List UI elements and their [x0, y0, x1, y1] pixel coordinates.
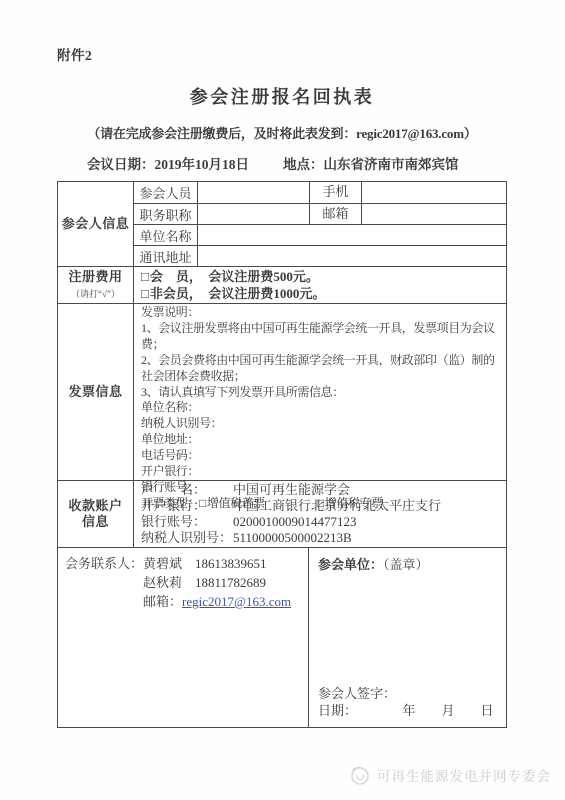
fee-section-note: （请打“√”） — [71, 286, 120, 302]
invoice-note-1: 1、会议注册发票将由中国可再生能源学会统一开具，发票项目为会议费； — [141, 321, 500, 353]
contacts-list: 黄碧斌18613839651 赵秋莉18811782689 邮箱：regic20… — [143, 554, 291, 611]
attachment-label: 附件2 — [57, 44, 507, 64]
registration-fee-section: 注册费用 （请打“√”） □会 员， 会议注册费500元。 □非会员， 会议注册… — [58, 266, 506, 303]
mobile-field — [361, 182, 506, 203]
meeting-date: 会议日期：2019年10月18日 — [87, 153, 249, 173]
payment-account-section: 收款账户 信息 户 名： 中国可再生能源学会 开户银行： 中国工商银行北京分行北… — [58, 480, 506, 547]
meeting-location: 地点：山东省济南市南郊宾馆 — [283, 153, 459, 173]
invoice-note-2: 2、会员会费将由中国可再生能源学会统一开具，财政部印（监）制的社会团体会费收据； — [141, 353, 500, 385]
account-holder-value: 中国可再生能源学会 — [233, 482, 350, 498]
account-section-label-line2: 信息 — [82, 514, 109, 530]
invoice-address-label: 单位地址： — [141, 432, 500, 448]
account-bank-label: 开户银行： — [141, 498, 233, 514]
contacts-label: 会务联系人： — [65, 554, 143, 611]
account-bank-row: 开户银行： 中国工商银行北京分行北太平庄支行 — [141, 498, 502, 514]
date-line: 日期： 年 月 日 — [318, 702, 498, 719]
stamp-line: 参会单位：（盖章） — [318, 554, 498, 573]
attendee-name-label: 参会人员 — [134, 183, 197, 202]
registration-form-table: 参会人信息 参会人员 手机 职务职称 邮箱 单位名称 — [57, 181, 507, 728]
invoice-phone-label: 电话号码： — [141, 448, 500, 464]
nonmember-checkbox-icon: □ — [141, 286, 149, 301]
registration-form-document: 附件2 参会注册报名回执表 （请在完成参会注册缴费后，及时将此表发到：regic… — [57, 44, 507, 728]
unit-label: 参会单位： — [318, 557, 383, 572]
job-title-label: 职务职称 — [134, 205, 197, 224]
invoice-note-3: 3、请认真填写下列发票开具所需信息： — [141, 385, 500, 401]
attendee-info-section: 参会人信息 参会人员 手机 职务职称 邮箱 单位名称 — [58, 182, 506, 266]
table-row: 通讯地址 — [134, 245, 506, 266]
table-row: 职务职称 邮箱 — [134, 203, 506, 224]
fee-option-nonmember: □非会员， 会议注册费1000元。 — [141, 286, 502, 303]
attendee-rows: 参会人员 手机 职务职称 邮箱 单位名称 通讯地址 — [133, 182, 506, 266]
form-subtitle: （请在完成参会注册缴费后，及时将此表发到：regic2017@163.com） — [57, 123, 507, 142]
company-name-label: 单位名称 — [134, 226, 197, 245]
contact-1: 黄碧斌18613839651 — [143, 554, 291, 573]
table-row: 参会人员 手机 — [134, 182, 506, 203]
invoice-section-label: 发票信息 — [58, 304, 133, 480]
member-option-text: 会 员， 会议注册费500元。 — [150, 269, 319, 284]
nonmember-option-text: 非会员， 会议注册费1000元。 — [150, 286, 326, 301]
signature-label: 参会人签字： — [318, 685, 498, 702]
mailing-address-field — [197, 246, 506, 266]
invoice-company-label: 单位名称： — [141, 400, 500, 416]
member-checkbox-icon: □ — [141, 269, 149, 284]
contacts-cell: 会务联系人： 黄碧斌18613839651 赵秋莉18811782689 邮箱：… — [58, 548, 308, 727]
contact-1-name: 黄碧斌 — [143, 556, 182, 571]
account-holder-label: 户 名： — [141, 482, 233, 498]
attendee-section-label: 参会人信息 — [58, 182, 133, 266]
company-name-field — [197, 225, 506, 245]
committee-watermark-text: 可再生能源发电并网专委会 — [377, 765, 551, 785]
invoice-details: 发票说明： 1、会议注册发票将由中国可再生能源学会统一开具，发票项目为会议费； … — [133, 304, 506, 480]
committee-watermark: 可再生能源发电并网专委会 — [348, 763, 551, 787]
account-number-row: 银行账号： 0200010009014477123 — [141, 514, 502, 530]
account-holder-row: 户 名： 中国可再生能源学会 — [141, 482, 502, 498]
job-title-field — [197, 204, 309, 224]
invoice-note-title: 发票说明： — [141, 305, 500, 321]
contact-email-line: 邮箱：regic2017@163.com — [143, 592, 291, 611]
committee-logo-icon — [348, 763, 372, 787]
contact-2-phone: 18811782689 — [195, 575, 266, 590]
page-title: 参会注册报名回执表 — [57, 83, 507, 109]
invoice-bank-label: 开户银行： — [141, 464, 500, 480]
email-field — [361, 204, 506, 224]
account-number-value: 0200010009014477123 — [233, 514, 357, 530]
invoice-tax-id-label: 纳税人识别号： — [141, 416, 500, 432]
account-tax-id-row: 纳税人识别号： 51100000500002213B — [141, 530, 502, 546]
attendee-name-field — [197, 182, 309, 203]
email-label: 邮箱 — [309, 204, 361, 224]
fee-options: □会 员， 会议注册费500元。 □非会员， 会议注册费1000元。 — [133, 267, 506, 303]
contact-2: 赵秋莉18811782689 — [143, 573, 291, 592]
fee-option-member: □会 员， 会议注册费500元。 — [141, 269, 502, 286]
invoice-info-section: 发票信息 发票说明： 1、会议注册发票将由中国可再生能源学会统一开具，发票项目为… — [58, 303, 506, 480]
account-bank-value: 中国工商银行北京分行北太平庄支行 — [233, 498, 441, 514]
table-row: 单位名称 — [134, 224, 506, 245]
contact-email-label: 邮箱： — [143, 594, 182, 609]
contact-2-name: 赵秋莉 — [143, 575, 182, 590]
account-details: 户 名： 中国可再生能源学会 开户银行： 中国工商银行北京分行北太平庄支行 银行… — [133, 481, 506, 547]
account-section-label: 收款账户 信息 — [58, 481, 133, 547]
contact-1-phone: 18613839651 — [195, 556, 267, 571]
account-tax-id-value: 51100000500002213B — [233, 530, 352, 546]
fee-section-label-text: 注册费用 — [68, 269, 122, 285]
account-section-label-line1: 收款账户 — [68, 498, 122, 514]
mobile-label: 手机 — [309, 182, 361, 203]
stamp-cell: 参会单位：（盖章） 参会人签字： 日期： 年 月 日 — [308, 548, 506, 727]
fee-section-label: 注册费用 （请打“√”） — [58, 267, 133, 303]
contacts-block: 会务联系人： 黄碧斌18613839651 赵秋莉18811782689 邮箱：… — [65, 554, 304, 611]
contact-email-link[interactable]: regic2017@163.com — [182, 594, 291, 609]
contacts-stamp-section: 会务联系人： 黄碧斌18613839651 赵秋莉18811782689 邮箱：… — [58, 547, 506, 727]
unit-stamp-note: （盖章） — [383, 557, 429, 572]
mailing-address-label: 通讯地址 — [134, 247, 197, 266]
account-number-label: 银行账号： — [141, 514, 233, 530]
account-tax-id-label: 纳税人识别号： — [141, 530, 233, 546]
signature-block: 参会人签字： 日期： 年 月 日 — [318, 685, 498, 719]
meeting-info-line: 会议日期：2019年10月18日 地点：山东省济南市南郊宾馆 — [57, 153, 507, 173]
